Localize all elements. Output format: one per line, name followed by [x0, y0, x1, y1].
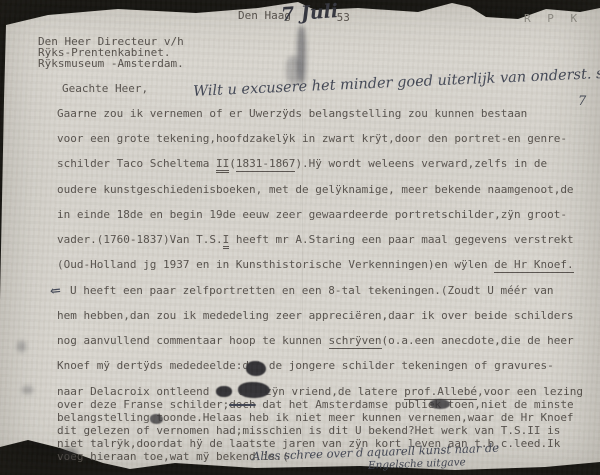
typed-line: (Oud-Holland jg 1937 en in Kunsthistoris… [57, 259, 574, 271]
salutation: Geachte Heer, [62, 83, 148, 95]
hand-arrow-icon: ⇐ [49, 283, 61, 299]
ink-blot [246, 361, 266, 376]
typed-line: schilder Taco Scheltema II(1831-1867).Hÿ… [57, 158, 547, 170]
underlined-text: de Hr Knoef. [494, 258, 573, 273]
typed-line: in einde 18de en begin 19de eeuw zeer ge… [57, 209, 567, 221]
underlined-text: II [216, 157, 229, 173]
typed-line: U heeft een paar zelfportretten en een 8… [70, 285, 553, 297]
typed-text: ).Hÿ wordt weleens verward,zelfs in de [295, 157, 547, 170]
ink-blot [430, 399, 450, 409]
margin-smudge [22, 386, 33, 394]
underlined-text: 1831-1867 [236, 157, 296, 172]
typed-text: over deze Franse schilder; [57, 398, 229, 411]
ink-blot [216, 386, 232, 397]
typed-text: (o.a.een anecdote,die de heer [382, 334, 574, 347]
typed-line: hem hebben,dan zou ik mededeling zeer ap… [57, 310, 574, 322]
ink-blot [150, 414, 163, 424]
rpk-stamp: R P K [524, 12, 582, 25]
typed-line: over deze Franse schilder;doch dat het A… [57, 399, 574, 411]
typed-text: ( [229, 157, 236, 170]
typed-line: oudere kunstgeschiedenisboeken, met de g… [57, 184, 574, 196]
margin-smudge [17, 341, 26, 352]
struck-text: doch [229, 398, 256, 411]
typed-line: vader.(1760-1837)Van T.S.I heeft mr A.St… [57, 234, 574, 246]
address-line: Rÿksmuseum -Amsterdam. [38, 58, 184, 70]
handwritten-margin-mark: 7 [578, 94, 586, 109]
typed-text: schilder Taco Scheltema [57, 157, 216, 170]
typed-line: dit gelezen of vernomen had;misschien is… [57, 425, 560, 437]
typed-line: naar Delacroix ontleend aan zÿn vriend,d… [57, 386, 583, 398]
typed-text: nog aanvullend commentaar hoop te kunnen [57, 334, 329, 347]
typed-line: belangstelling toonde.Helaas heb ik niet… [57, 412, 574, 424]
underlined-text: schrÿven [329, 334, 382, 349]
typed-text: ,voor een lezing [477, 385, 583, 398]
margin-smudge [60, 448, 78, 460]
typed-text: dat het Amsterdamse publiek toen,niet de… [256, 398, 574, 411]
typed-line: nog aanvullend commentaar hoop te kunnen… [57, 335, 574, 347]
handwritten-date: 7 Juli [280, 0, 338, 26]
typed-line: voor een grote tekening,hoofdzakelÿk in … [57, 133, 567, 145]
typed-text: vader.(1760-1837)Van T.S. [57, 233, 223, 246]
typed-text: heeft mr A.Staring een paar maal gegeven… [229, 233, 573, 246]
typed-line: Knoef mÿ dertÿds mededeelde:dat de jonge… [57, 360, 554, 372]
typed-line: Gaarne zou ik vernemen of er Uwerzÿds be… [57, 108, 527, 120]
typed-text: naar Delacroix ontleend [57, 385, 216, 398]
ink-blot [238, 382, 270, 398]
typed-text: (Oud-Holland jg 1937 en in Kunsthistoris… [57, 258, 494, 271]
